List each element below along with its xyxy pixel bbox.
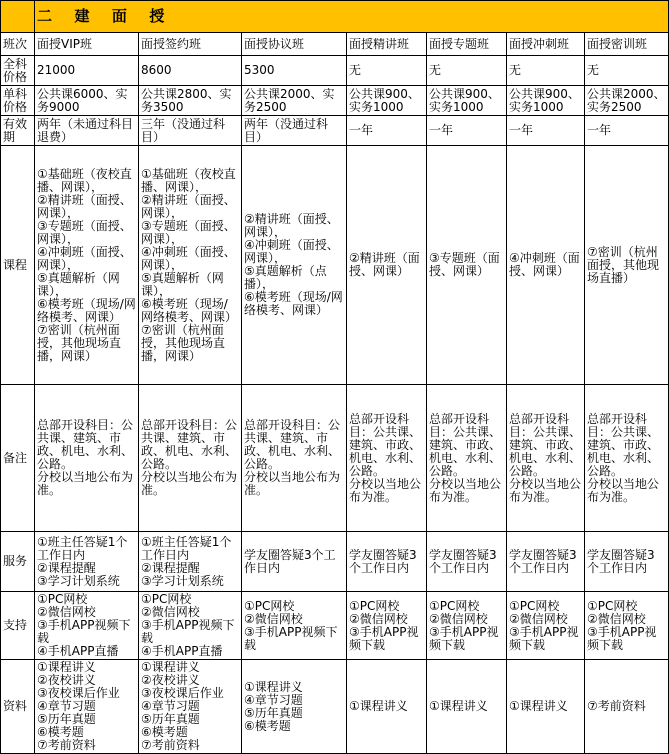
- cell-notes-sprint: 总部开设科目：公共课、建筑、市政、机电、水利、公路。 分校以当地公布为准。: [507, 385, 585, 532]
- cell-courses-intensive: ②精讲班（面授、网课）: [347, 146, 427, 385]
- table-row-full-price: 全科价格 21000 8600 5300 无 无 无 无: [1, 56, 669, 86]
- cell-service-vip: ①班主任答疑1个工作日内 ②课程提醒 ③学习计划系统: [35, 532, 139, 592]
- table-row-materials: 资料 ①课程讲义 ②夜校讲义 ③夜校课后作业 ④章节习题 ⑤历年真题 ⑥模考题 …: [1, 660, 669, 754]
- cell-full-price-agreement: 5300: [242, 56, 347, 86]
- cell-single-price-sprint: 公共课900、实务1000: [507, 86, 585, 116]
- cell-support-agreement: ①PC网校 ②微信网校 ③手机APP视频下载: [242, 592, 347, 660]
- row-label-validity: 有效期: [1, 116, 35, 146]
- cell-courses-agreement: ②精讲班（面授、网课）， ④冲刺班（面授、网课）， ⑤真题解析（点播）， ⑥模考…: [242, 146, 347, 385]
- table-row-support: 支持 ①PC网校 ②微信网校 ③手机APP视频下载 ④手机APP直播 ①PC网校…: [1, 592, 669, 660]
- cell-notes-secret: 总部开设科目：公共课、建筑、市政、机电、水利、公路。 分校以当地公布为准。: [585, 385, 669, 532]
- row-label-single-price: 单科价格: [1, 86, 35, 116]
- cell-notes-intensive: 总部开设科目：公共课、建筑、市政、机电、水利、公路。 分校以当地公布为准。: [347, 385, 427, 532]
- cell-materials-vip: ①课程讲义 ②夜校讲义 ③夜校课后作业 ④章节习题 ⑤历年真题 ⑥模考题 ⑦考前…: [35, 660, 139, 754]
- cell-validity-secret: 一年: [585, 116, 669, 146]
- cell-single-price-agreement: 公共课2000、实务2500: [242, 86, 347, 116]
- cell-single-price-vip: 公共课6000、实务9000: [35, 86, 139, 116]
- table-row-courses: 课程 ①基础班（夜校直播、网课）， ②精讲班（面授、网课）， ③专题班（面授、网…: [1, 146, 669, 385]
- row-label-full-price: 全科价格: [1, 56, 35, 86]
- cell-support-vip: ①PC网校 ②微信网校 ③手机APP视频下载 ④手机APP直播: [35, 592, 139, 660]
- cell-courses-topic: ③专题班（面授、网课）: [427, 146, 507, 385]
- column-header-row: 班次 面授VIP班 面授签约班 面授协议班 面授精讲班 面授专题班 面授冲刺班 …: [1, 33, 669, 56]
- column-header-secret: 面授密训班: [585, 33, 669, 56]
- row-label-courses: 课程: [1, 146, 35, 385]
- cell-materials-sprint: ①课程讲义: [507, 660, 585, 754]
- cell-service-secret: 学友圈答疑3个工作日内: [585, 532, 669, 592]
- row-label-support: 支持: [1, 592, 35, 660]
- cell-support-secret: ①PC网校 ②微信网校 ③手机APP视频下载: [585, 592, 669, 660]
- cell-support-intensive: ①PC网校 ②微信网校 ③手机APP视频下载: [347, 592, 427, 660]
- row-label-materials: 资料: [1, 660, 35, 754]
- table-row-single-price: 单科价格 公共课6000、实务9000 公共课2800、实务3500 公共课20…: [1, 86, 669, 116]
- row-label-service: 服务: [1, 532, 35, 592]
- column-header-sprint: 面授冲刺班: [507, 33, 585, 56]
- cell-validity-vip: 两年（未通过科目退费）: [35, 116, 139, 146]
- cell-full-price-intensive: 无: [347, 56, 427, 86]
- cell-service-agreement: 学友圈答疑3个工作日内: [242, 532, 347, 592]
- cell-courses-vip: ①基础班（夜校直播、网课）， ②精讲班（面授、网课）， ③专题班（面授、网课），…: [35, 146, 139, 385]
- cell-service-contract: ①班主任答疑1个工作日内 ②课程提醒 ③学习计划系统: [139, 532, 242, 592]
- table-row-service: 服务 ①班主任答疑1个工作日内 ②课程提醒 ③学习计划系统 ①班主任答疑1个工作…: [1, 532, 669, 592]
- cell-courses-secret: ⑦密训（杭州面授，其他现场直播）: [585, 146, 669, 385]
- cell-notes-contract: 总部开设科目：公共课、建筑、市政、机电、水利、公路。 分校以当地公布为准。: [139, 385, 242, 532]
- cell-courses-contract: ①基础班（夜校直播、网课）， ②精讲班（面授、网课）， ③专题班（面授、网课），…: [139, 146, 242, 385]
- cell-full-price-secret: 无: [585, 56, 669, 86]
- cell-materials-contract: ①课程讲义 ②夜校讲义 ③夜校课后作业 ④章节习题 ⑤历年真题 ⑥模考题 ⑦考前…: [139, 660, 242, 754]
- cell-service-intensive: 学友圈答疑3个工作日内: [347, 532, 427, 592]
- cell-validity-intensive: 一年: [347, 116, 427, 146]
- cell-notes-vip: 总部开设科目：公共课、建筑、市政、机电、水利、公路。 分校以当地公布为准。: [35, 385, 139, 532]
- cell-single-price-contract: 公共课2800、实务3500: [139, 86, 242, 116]
- cell-validity-sprint: 一年: [507, 116, 585, 146]
- column-header-class-type: 班次: [1, 33, 35, 56]
- cell-validity-topic: 一年: [427, 116, 507, 146]
- cell-single-price-secret: 公共课2000、实务2500: [585, 86, 669, 116]
- cell-single-price-intensive: 公共课900、实务1000: [347, 86, 427, 116]
- course-schedule-table: 二 建 面 授 班次 面授VIP班 面授签约班 面授协议班 面授精讲班 面授专题…: [0, 0, 669, 754]
- cell-service-topic: 学友圈答疑3个工作日内: [427, 532, 507, 592]
- title-corner-cell: [1, 1, 35, 33]
- cell-support-contract: ①PC网校 ②微信网校 ③手机APP视频下载 ④手机APP直播: [139, 592, 242, 660]
- cell-notes-topic: 总部开设科目：公共课、建筑、市政、机电、水利、公路。 分校以当地公布为准。: [427, 385, 507, 532]
- cell-materials-intensive: ①课程讲义: [347, 660, 427, 754]
- cell-full-price-vip: 21000: [35, 56, 139, 86]
- column-header-vip: 面授VIP班: [35, 33, 139, 56]
- column-header-agreement: 面授协议班: [242, 33, 347, 56]
- cell-validity-agreement: 两年（没通过科目）: [242, 116, 347, 146]
- title-row: 二 建 面 授: [1, 1, 669, 33]
- cell-validity-contract: 三年（没通过科目）: [139, 116, 242, 146]
- table-row-validity: 有效期 两年（未通过科目退费） 三年（没通过科目） 两年（没通过科目） 一年 一…: [1, 116, 669, 146]
- cell-notes-agreement: 总部开设科目：公共课、建筑、市政、机电、水利、公路。 分校以当地公布为准。: [242, 385, 347, 532]
- cell-support-sprint: ①PC网校 ②微信网校 ③手机APP视频下载: [507, 592, 585, 660]
- cell-materials-secret: ⑦考前资料: [585, 660, 669, 754]
- cell-materials-topic: ①课程讲义: [427, 660, 507, 754]
- cell-courses-sprint: ④冲刺班（面授、网课）: [507, 146, 585, 385]
- column-header-contract: 面授签约班: [139, 33, 242, 56]
- column-header-topic: 面授专题班: [427, 33, 507, 56]
- cell-full-price-contract: 8600: [139, 56, 242, 86]
- column-header-intensive: 面授精讲班: [347, 33, 427, 56]
- cell-single-price-topic: 公共课900、实务1000: [427, 86, 507, 116]
- row-label-notes: 备注: [1, 385, 35, 532]
- table-row-notes: 备注 总部开设科目：公共课、建筑、市政、机电、水利、公路。 分校以当地公布为准。…: [1, 385, 669, 532]
- cell-full-price-sprint: 无: [507, 56, 585, 86]
- cell-full-price-topic: 无: [427, 56, 507, 86]
- cell-materials-agreement: ①课程讲义 ④章节习题 ⑤历年真题 ⑥模考题: [242, 660, 347, 754]
- cell-support-topic: ①PC网校 ②微信网校 ③手机APP视频下载: [427, 592, 507, 660]
- page-title: 二 建 面 授: [35, 1, 669, 33]
- cell-service-sprint: 学友圈答疑3个工作日内: [507, 532, 585, 592]
